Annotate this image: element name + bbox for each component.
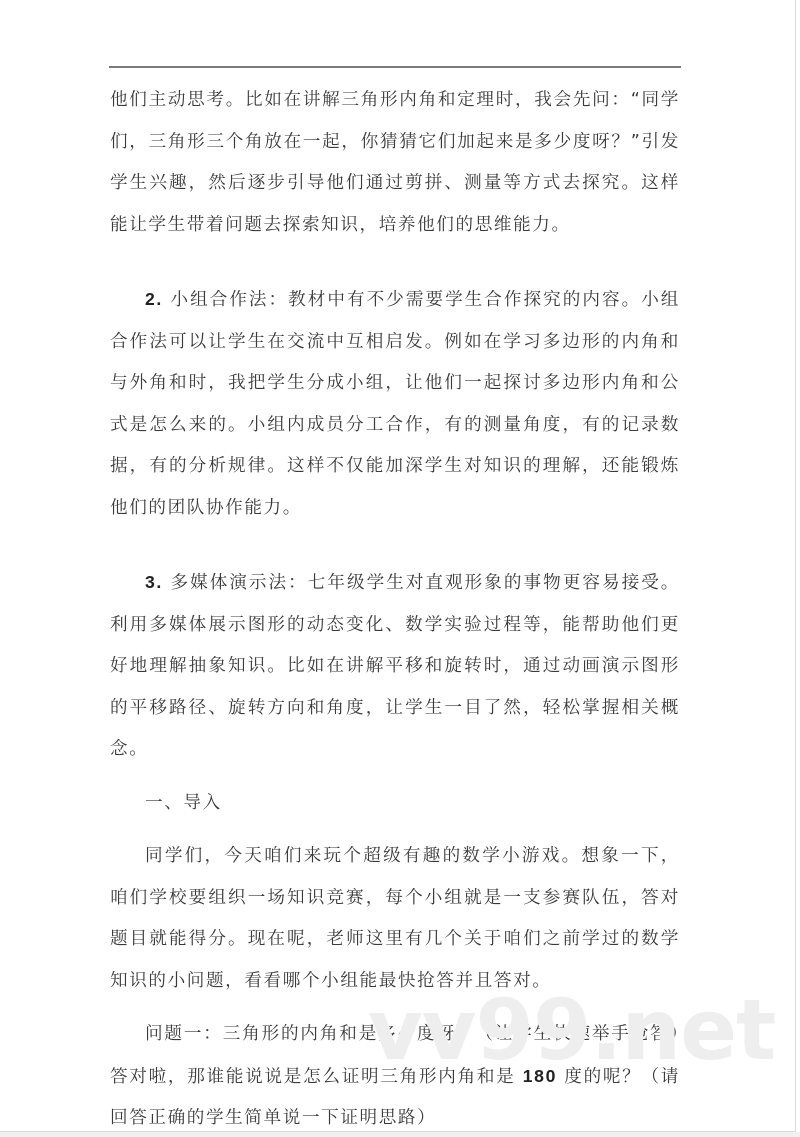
document-body: 他们主动思考。比如在讲解三角形内角和定理时，我会先问：“同学们，三角形三个角放在…	[110, 80, 680, 1137]
header-rule	[109, 66, 681, 68]
paragraph-gap	[110, 771, 680, 783]
heading-text: 一、导入	[145, 793, 222, 813]
watermark: vv99.net	[368, 988, 775, 1072]
list-number: 2.	[145, 289, 163, 309]
paragraph-game-intro: 同学们，今天咱们来玩个超级有趣的数学小游戏。想象一下，咱们学校要组织一场知识竞赛…	[110, 836, 680, 1002]
section-heading-intro: 一、导入	[110, 783, 680, 825]
list-number: 3.	[145, 572, 163, 592]
paragraph-gap	[110, 824, 680, 836]
paragraph-multimedia: 3. 多媒体演示法：七年级学生对直观形象的事物更容易接受。利用多媒体展示图形的动…	[110, 562, 680, 771]
paragraph-group-cooperation: 2. 小组合作法：教材中有不少需要学生合作探究的内容。小组合作法可以让学生在交流…	[110, 279, 680, 529]
paragraph-gap	[110, 529, 680, 562]
page-bottom-edge	[0, 1132, 800, 1137]
paragraph-gap	[110, 246, 680, 279]
paragraph-thinking: 他们主动思考。比如在讲解三角形内角和定理时，我会先问：“同学们，三角形三个角放在…	[110, 80, 680, 246]
document-page: 他们主动思考。比如在讲解三角形内角和定理时，我会先问：“同学们，三角形三个角放在…	[0, 0, 796, 1132]
text-line: 他们的思维能力。	[417, 215, 571, 235]
text-line: 一下证明思路）	[302, 1108, 436, 1128]
